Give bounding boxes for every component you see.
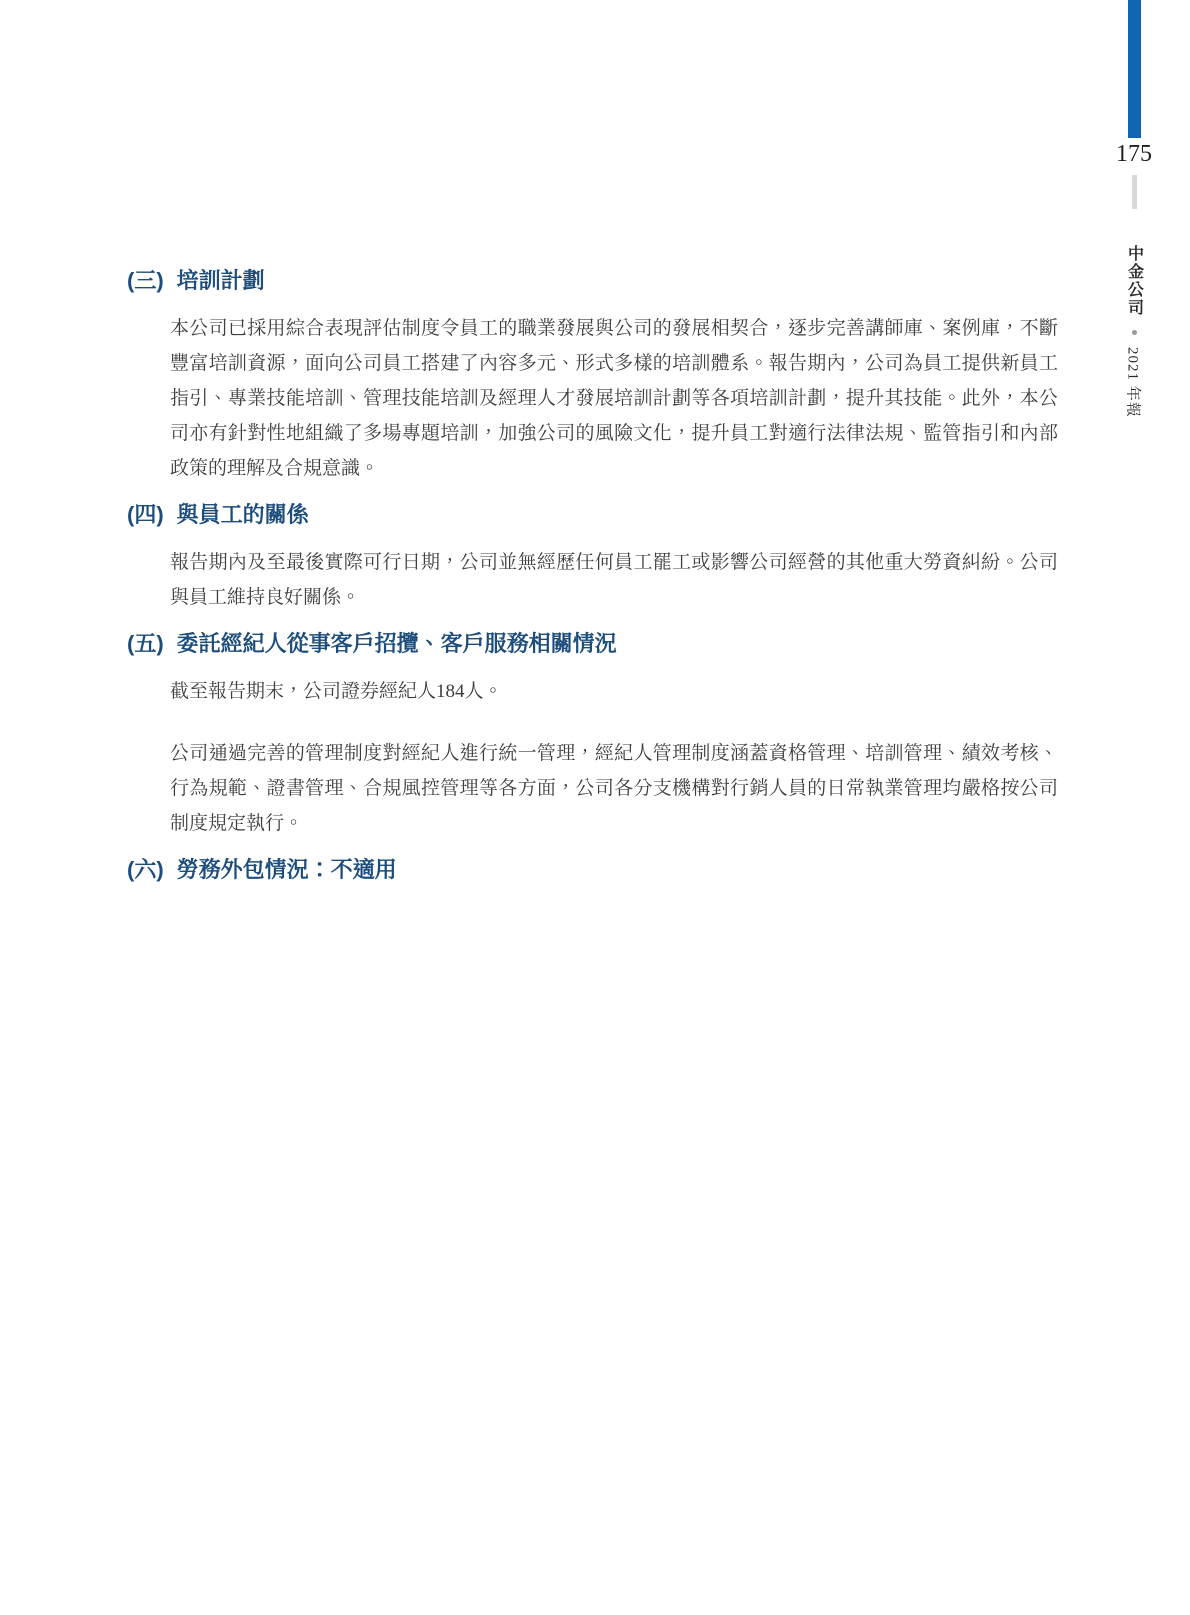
section-heading: (五) 委託經紀人從事客戶招攬、客戶服務相關情況 <box>127 629 1058 659</box>
section-heading: (六) 勞務外包情況：不適用 <box>127 855 1058 885</box>
section-title: 培訓計劃 <box>177 266 265 296</box>
section-paragraph: 公司通過完善的管理制度對經紀人進行統一管理，經紀人管理制度涵蓋資格管理、培訓管理… <box>170 736 1058 841</box>
main-content: (三) 培訓計劃 本公司已採用綜合表現評估制度令員工的職業發展與公司的發展相契合… <box>127 266 1058 885</box>
section-paragraph: 報告期內及至最後實際可行日期，公司並無經歷任何員工罷工或影響公司經營的其他重大勞… <box>170 545 1058 615</box>
section-heading: (三) 培訓計劃 <box>127 266 1058 296</box>
section-title: 委託經紀人從事客戶招攬、客戶服務相關情況 <box>177 629 617 659</box>
document-page: 175 中金公司 2021 年報 (三) 培訓計劃 本公司已採用綜合表現評估制度… <box>0 0 1190 1615</box>
page-sidebar: 175 中金公司 2021 年報 <box>1110 0 1158 418</box>
accent-bar <box>1128 0 1141 138</box>
section-number: (六) <box>127 855 164 885</box>
section-labor-outsourcing: (六) 勞務外包情況：不適用 <box>127 855 1058 885</box>
section-employee-relations: (四) 與員工的關係 報告期內及至最後實際可行日期，公司並無經歷任何員工罷工或影… <box>127 500 1058 615</box>
sidebar-divider <box>1132 175 1137 209</box>
section-number: (四) <box>127 500 164 530</box>
section-title: 與員工的關係 <box>177 500 309 530</box>
section-training-plan: (三) 培訓計劃 本公司已採用綜合表現評估制度令員工的職業發展與公司的發展相契合… <box>127 266 1058 486</box>
section-paragraph: 截至報告期末，公司證券經紀人184人。 <box>170 674 1058 709</box>
report-edition-vertical: 2021 年報 <box>1124 347 1145 418</box>
section-number: (五) <box>127 629 164 659</box>
section-heading: (四) 與員工的關係 <box>127 500 1058 530</box>
section-entrusted-brokers: (五) 委託經紀人從事客戶招攬、客戶服務相關情況 截至報告期末，公司證券經紀人1… <box>127 629 1058 841</box>
section-number: (三) <box>127 266 164 296</box>
section-title: 勞務外包情況：不適用 <box>177 855 397 885</box>
brand-name-vertical: 中金公司 <box>1123 245 1146 317</box>
section-paragraph: 本公司已採用綜合表現評估制度令員工的職業發展與公司的發展相契合，逐步完善講師庫、… <box>170 311 1058 486</box>
page-number: 175 <box>1116 142 1152 166</box>
bullet-separator <box>1132 330 1137 335</box>
